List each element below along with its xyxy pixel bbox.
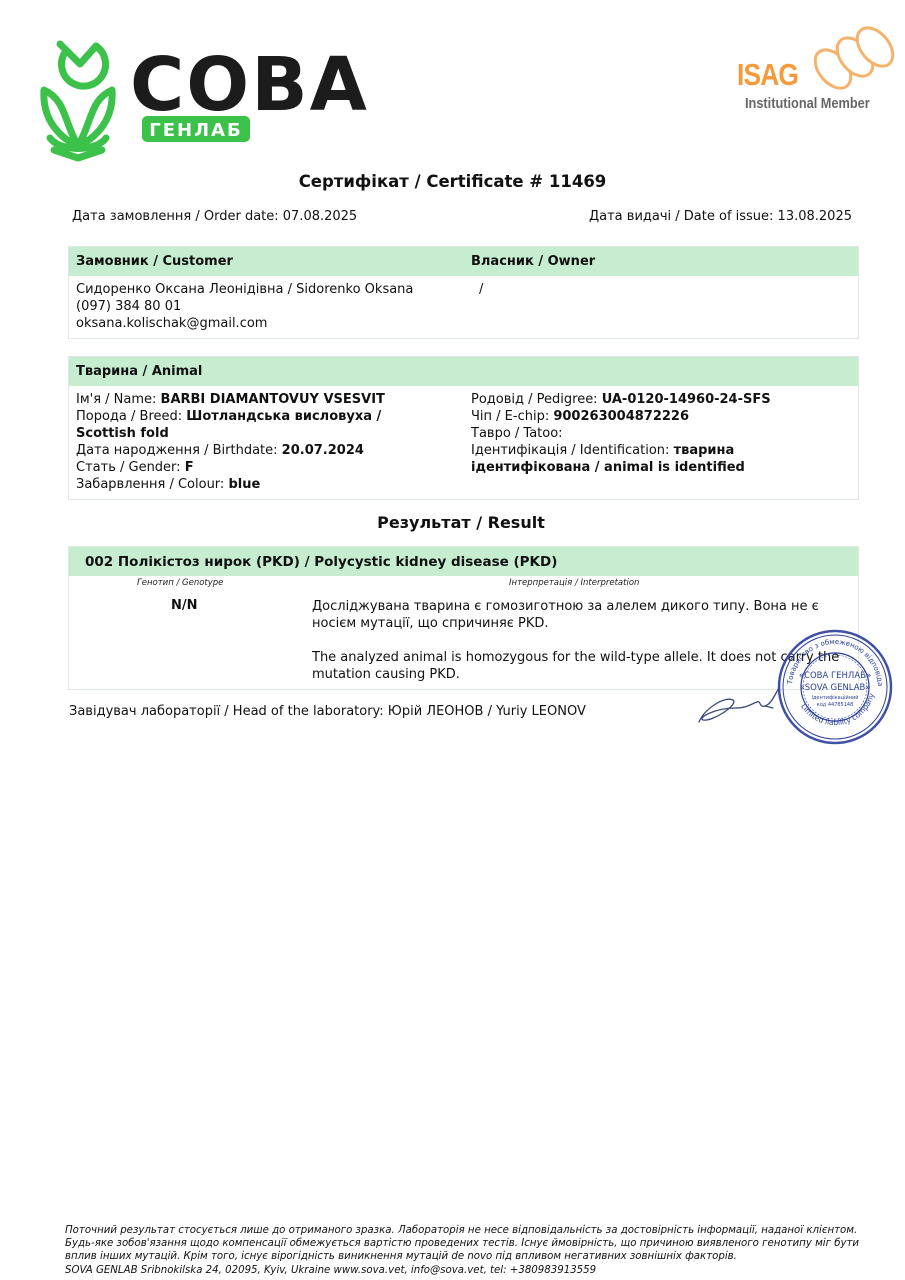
- customer-section-header: Замовник / Customer Власник / Owner: [69, 247, 858, 276]
- contacts-text: SOVA GENLAB Sribnokilska 24, 02095, Kyiv…: [65, 1264, 885, 1277]
- svg-text:СОВА: СОВА: [130, 42, 368, 128]
- customer-name: Сидоренко Оксана Леонідівна / Sidorenko …: [76, 281, 471, 298]
- svg-text:«SOVA GENLAB»: «SOVA GENLAB»: [800, 683, 871, 693]
- animal-birthdate-field: Дата народження / Birthdate: 20.07.2024: [76, 442, 411, 459]
- animal-pedigree-field: Родовід / Pedigree: UA-0120-14960-24-SFS: [471, 391, 801, 408]
- svg-text:ГЕНЛАБ: ГЕНЛАБ: [149, 120, 242, 141]
- owl-icon: СОВА ГЕНЛАБ: [38, 38, 368, 162]
- customer-section: Замовник / Customer Власник / Owner Сидо…: [68, 246, 859, 339]
- animal-breed-field: Порода / Breed: Шотландська висловуха / …: [76, 408, 411, 442]
- animal-heading: Тварина / Animal: [76, 364, 202, 379]
- head-of-laboratory: Завідувач лабораторії / Head of the labo…: [69, 704, 586, 719]
- genotype-value: N/N: [171, 598, 198, 613]
- animal-colour-field: Забарвлення / Colour: blue: [76, 476, 411, 493]
- test-name: 002 Полікістоз нирок (PKD) / Polycystic …: [85, 554, 557, 570]
- result-section: 002 Полікістоз нирок (PKD) / Polycystic …: [68, 546, 859, 690]
- interpretation-ua: Досліджувана тварина є гомозиготною за а…: [312, 598, 857, 632]
- isag-text: ISAG: [737, 57, 798, 93]
- svg-text:«СОВА ГЕНЛАБ»: «СОВА ГЕНЛАБ»: [799, 671, 871, 681]
- test-heading: 002 Полікістоз нирок (PKD) / Polycystic …: [69, 547, 858, 576]
- stamp-icon: Товариство з обмеженою відповідальністю …: [776, 628, 894, 746]
- owner-heading: Власник / Owner: [471, 254, 595, 269]
- isag-member-logo: ISAG Institutional Member: [735, 25, 895, 115]
- animal-section-header: Тварина / Animal: [69, 357, 858, 386]
- genotype-header: Генотип / Genotype: [137, 578, 223, 588]
- animal-identification-field: Ідентифікація / Identification: тварина …: [471, 442, 801, 476]
- animal-chip-field: Чіп / E-chip: 900263004872226: [471, 408, 801, 425]
- issue-date: Дата видачі / Date of issue: 13.08.2025: [589, 209, 852, 224]
- order-date: Дата замовлення / Order date: 07.08.2025: [72, 209, 357, 224]
- owner-value: /: [479, 281, 856, 298]
- animal-name-field: Ім'я / Name: BARBI DIAMANTOVUY VSESVIT: [76, 391, 411, 408]
- company-stamp: Товариство з обмеженою відповідальністю …: [776, 628, 894, 746]
- isag-member-text: Institutional Member: [745, 95, 870, 112]
- animal-tattoo-field: Тавро / Tatoo:: [471, 425, 801, 442]
- certificate-title: Сертифікат / Certificate # 11469: [0, 172, 905, 191]
- animal-gender-field: Стать / Gender: F: [76, 459, 411, 476]
- result-title: Результат / Result: [0, 513, 905, 532]
- interpretation-header: Інтерпретація / Interpretation: [509, 578, 639, 588]
- svg-text:Ідентифікаційний: Ідентифікаційний: [812, 694, 859, 701]
- customer-email: oksana.kolischak@gmail.com: [76, 315, 471, 332]
- isag-ovals-icon: [805, 25, 895, 95]
- customer-heading: Замовник / Customer: [76, 254, 233, 269]
- sova-genlab-logo: СОВА ГЕНЛАБ: [38, 38, 368, 162]
- svg-text:код 44785148: код 44785148: [817, 702, 854, 708]
- animal-section: Тварина / Animal Ім'я / Name: BARBI DIAM…: [68, 356, 859, 500]
- customer-phone: (097) 384 80 01: [76, 298, 471, 315]
- footer-disclaimer: Поточний результат стосується лише до от…: [65, 1224, 885, 1277]
- disclaimer-text: Поточний результат стосується лише до от…: [65, 1224, 885, 1264]
